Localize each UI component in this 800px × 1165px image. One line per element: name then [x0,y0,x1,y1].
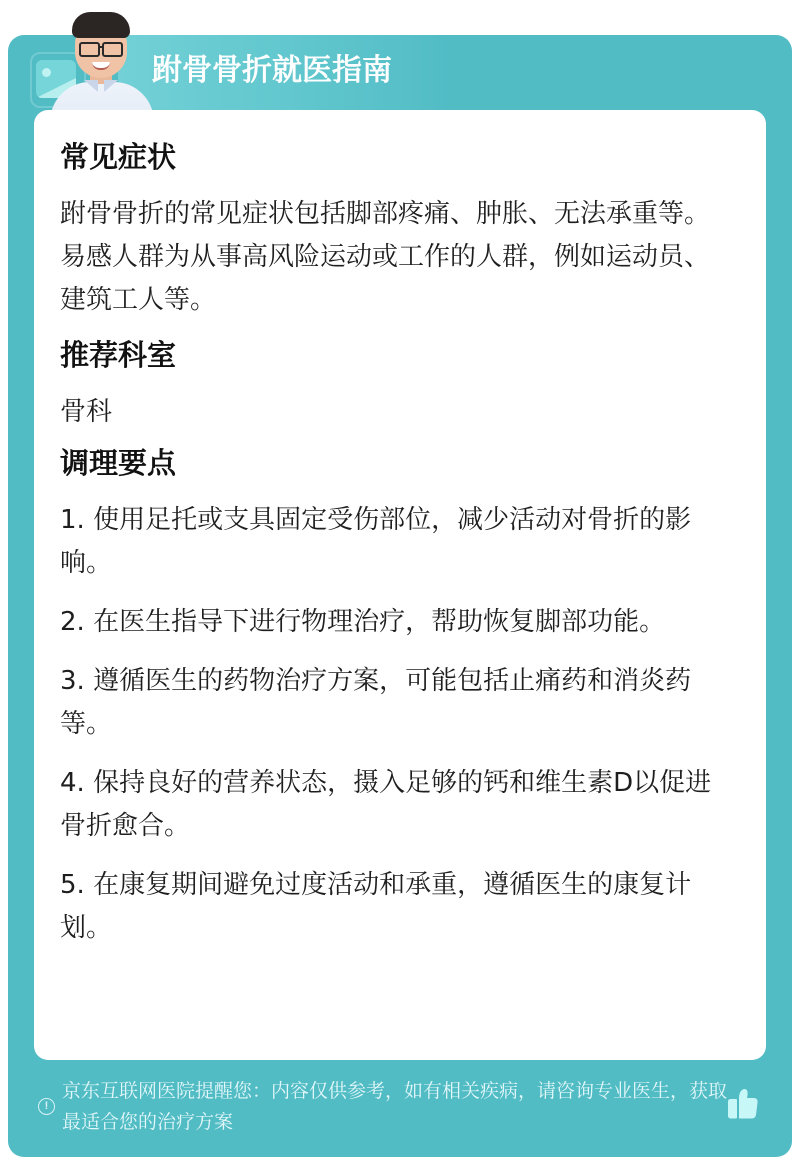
disclaimer-text: 京东互联网医院提醒您：内容仅供参考，如有相关疾病，请咨询专业医生，获取最适合您的… [62,1076,728,1138]
page-title: 跗骨骨折就医指南 [152,50,392,92]
section-symptoms: 常见症状 跗骨骨折的常见症状包括脚部疼痛、肿胀、无法承重等。易感人群为从事高风险… [60,136,726,322]
care-tip-item: 3. 遵循医生的药物治疗方案，可能包括止痛药和消炎药等。 [60,660,726,746]
info-icon: ! [38,1098,55,1115]
care-tip-item: 2. 在医生指导下进行物理治疗，帮助恢复脚部功能。 [60,601,726,644]
section-care-tips: 调理要点 1. 使用足托或支具固定受伤部位，减少活动对骨折的影响。 2. 在医生… [60,442,726,950]
care-tip-item: 5. 在康复期间避免过度活动和承重，遵循医生的康复计划。 [60,864,726,950]
doctor-avatar [48,6,158,112]
avatar-glasses-right [102,42,123,57]
avatar-collar-right [104,80,118,92]
section-title-symptoms: 常见症状 [60,136,726,178]
avatar-glasses-bridge [98,46,104,48]
avatar-shirt [50,82,154,112]
section-department: 推荐科室 骨科 [60,334,726,434]
symptoms-text: 跗骨骨折的常见症状包括脚部疼痛、肿胀、无法承重等。易感人群为从事高风险运动或工作… [60,193,726,322]
department-text: 骨科 [60,391,726,434]
avatar-glasses-left [79,42,100,57]
section-title-care-tips: 调理要点 [60,442,726,484]
care-tip-item: 1. 使用足托或支具固定受伤部位，减少活动对骨折的影响。 [60,499,726,585]
content-body: 常见症状 跗骨骨折的常见症状包括脚部疼痛、肿胀、无法承重等。易感人群为从事高风险… [60,136,726,966]
avatar-hair [72,12,130,38]
thumbs-up-glyph [726,1086,760,1120]
care-tip-item: 4. 保持良好的营养状态，摄入足够的钙和维生素D以促进骨折愈合。 [60,762,726,848]
section-title-department: 推荐科室 [60,334,726,376]
thumbs-up-icon[interactable] [726,1086,760,1120]
content-card: 常见症状 跗骨骨折的常见症状包括脚部疼痛、肿胀、无法承重等。易感人群为从事高风险… [34,110,766,1060]
avatar-collar-left [84,80,98,92]
